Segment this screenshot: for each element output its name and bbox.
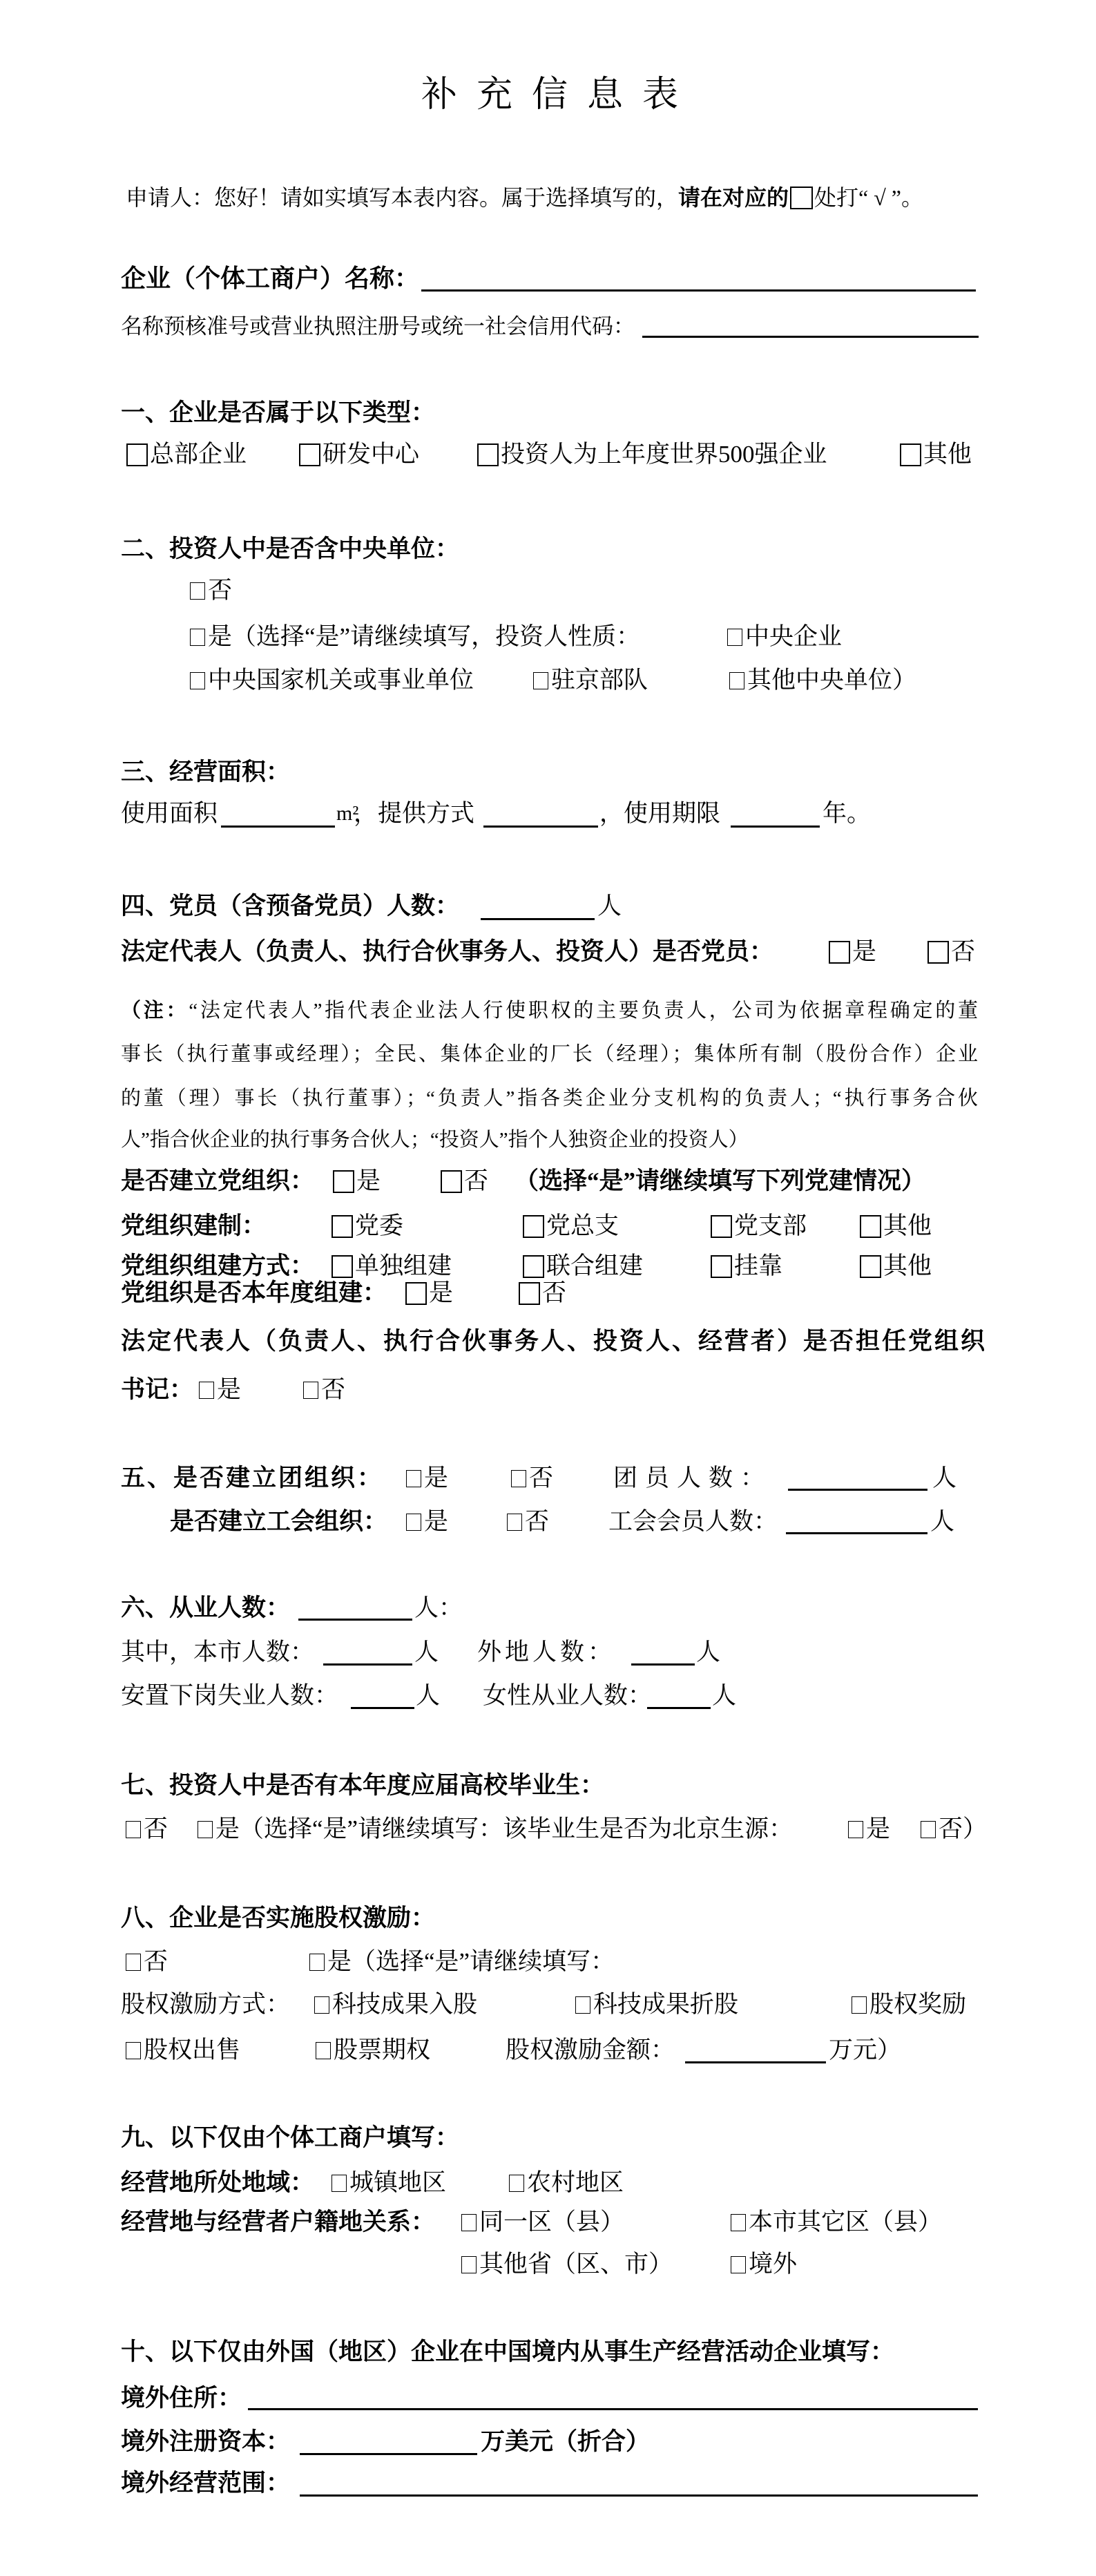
option-central-yes[interactable]: 是（选择“是”请继续填写，投资人性质：	[190, 623, 640, 651]
checkbox-icon[interactable]	[575, 1996, 590, 2014]
checkbox-example-icon	[790, 187, 813, 209]
employee-total-unit: 人：	[414, 1594, 463, 1622]
local-count-input[interactable]	[323, 1638, 412, 1666]
option-label: 是（选择“是”请继续填写，投资人性质：	[208, 623, 640, 651]
option-label: 是	[424, 1464, 448, 1492]
checkbox-icon[interactable]	[829, 941, 850, 964]
checkbox-icon[interactable]	[126, 1954, 141, 1971]
option-label: 股票期权	[334, 2036, 430, 2064]
registration-no-label: 名称预核准号或营业执照注册号或统一社会信用代码：	[121, 314, 635, 339]
option-league-yes[interactable]: 是	[406, 1464, 448, 1492]
option-rd-center[interactable]: 研发中心	[299, 441, 419, 468]
checkbox-icon[interactable]	[507, 1514, 522, 1531]
option-label: 城镇地区	[349, 2169, 446, 2197]
option-graduate-yes[interactable]: 是（选择“是”请继续填写：该毕业生是否为北京生源：	[198, 1815, 793, 1843]
option-label: 是	[852, 938, 876, 966]
checkbox-icon[interactable]	[711, 1255, 732, 1278]
option-label: 中央企业	[745, 623, 842, 651]
area-input[interactable]	[221, 800, 335, 828]
provide-method-label: ，提供方式	[354, 800, 474, 828]
option-label: 是	[866, 1815, 890, 1843]
option-org-method-other[interactable]: 其他	[860, 1252, 932, 1280]
option-label: 党委	[355, 1212, 403, 1240]
checkbox-icon[interactable]	[848, 1821, 863, 1838]
option-equity-incentive-no[interactable]: 否	[126, 1948, 168, 1976]
incentive-amount-input[interactable]	[685, 2036, 826, 2063]
option-rural-area[interactable]: 农村地区	[509, 2169, 624, 2197]
option-label: 境外	[749, 2251, 797, 2278]
option-label: 否）	[939, 1815, 987, 1843]
checkbox-icon[interactable]	[509, 2175, 524, 2192]
option-same-district[interactable]: 同一区（县）	[461, 2208, 624, 2236]
checkbox-icon[interactable]	[921, 1821, 936, 1838]
registration-no-input[interactable]	[642, 310, 979, 338]
option-league-no[interactable]: 否	[511, 1464, 553, 1492]
local-count-unit: 人	[414, 1639, 439, 1666]
option-label: 单独组建	[355, 1252, 452, 1280]
checkbox-icon[interactable]	[331, 1215, 353, 1238]
overseas-address-label: 境外住所：	[121, 2385, 242, 2412]
employee-total-input[interactable]	[298, 1593, 412, 1621]
option-label: 党总支	[546, 1212, 619, 1240]
checkbox-icon[interactable]	[711, 1215, 732, 1238]
option-central-state-agency[interactable]: 中央国家机关或事业单位	[190, 667, 474, 694]
checkbox-icon[interactable]	[126, 1821, 141, 1838]
option-equity-sale[interactable]: 股权出售	[126, 2036, 240, 2064]
checkbox-icon[interactable]	[511, 1470, 526, 1487]
checkbox-icon[interactable]	[731, 2256, 746, 2273]
checkbox-icon[interactable]	[190, 672, 205, 689]
use-term-label: ，使用期限	[599, 800, 720, 828]
checkbox-icon[interactable]	[299, 443, 320, 466]
option-label: 股权出售	[144, 2036, 240, 2064]
use-term-unit: 年。	[823, 800, 871, 828]
checkbox-icon[interactable]	[331, 1255, 353, 1278]
option-label: 驻京部队	[551, 667, 648, 694]
local-count-label: 其中，本市人数：	[121, 1639, 314, 1666]
option-label: 挂靠	[734, 1252, 782, 1280]
checkbox-icon[interactable]	[198, 1821, 213, 1838]
has-party-org-label: 是否建立党组织：	[121, 1167, 314, 1195]
checkbox-icon[interactable]	[727, 629, 742, 646]
option-other-province[interactable]: 其他省（区、市）	[461, 2251, 673, 2278]
checkbox-icon[interactable]	[461, 2214, 477, 2231]
option-label: 其他省（区、市）	[479, 2251, 673, 2278]
section8-heading: 八、企业是否实施股权激励：	[121, 1905, 435, 1932]
overseas-capital-input[interactable]	[300, 2427, 477, 2455]
household-relation-label: 经营地与经营者户籍地关系：	[121, 2208, 435, 2236]
checkbox-icon[interactable]	[461, 2256, 477, 2273]
party-member-count-unit: 人	[597, 893, 622, 920]
option-label: 农村地区	[527, 2169, 624, 2197]
form-page: 补充信息表 申请人：您好！请如实填写本表内容。属于选择填写的， 请在对应的 处打…	[0, 0, 1096, 2576]
option-graduate-no[interactable]: 否	[126, 1815, 168, 1843]
intro-text: 申请人：您好！请如实填写本表内容。属于选择填写的，	[126, 184, 678, 211]
option-label: 中央国家机关或事业单位	[208, 667, 474, 694]
checkbox-icon[interactable]	[519, 1282, 540, 1305]
option-overseas[interactable]: 境外	[731, 2251, 797, 2278]
checkbox-icon[interactable]	[126, 2042, 141, 2059]
checkbox-icon[interactable]	[314, 1996, 329, 2014]
option-secretary-yes[interactable]: 是	[199, 1376, 241, 1404]
party-org-hint: （选择“是”请继续填写下列党建情况）	[515, 1167, 925, 1195]
option-fortune500-investor[interactable]: 投资人为上年度世界500强企业	[477, 441, 827, 468]
option-formed-this-year-no[interactable]: 否	[519, 1279, 566, 1307]
intro-emphasis: 请在对应的	[678, 184, 789, 211]
option-label: 否	[542, 1279, 566, 1307]
section10-heading: 十、以下仅由外国（地区）企业在中国境内从事生产经营活动企业填写：	[121, 2338, 894, 2366]
checkbox-icon[interactable]	[731, 2214, 746, 2231]
option-label: 是（选择“是”请继续填写：	[327, 1948, 615, 1976]
option-label: 研发中心	[323, 441, 419, 468]
option-equity-incentive-yes[interactable]: 是（选择“是”请继续填写：	[309, 1948, 615, 1976]
union-count-unit: 人	[930, 1508, 954, 1536]
company-name-input[interactable]	[421, 264, 976, 292]
checkbox-icon[interactable]	[927, 941, 949, 964]
checkbox-icon[interactable]	[333, 1170, 354, 1193]
option-central-no[interactable]: 否	[190, 577, 232, 604]
union-count-label: 工会会员人数：	[608, 1508, 778, 1536]
option-joint[interactable]: 联合组建	[523, 1252, 643, 1280]
option-label: 党支部	[734, 1212, 807, 1240]
league-org-label: 五、是否建立团组织：	[121, 1464, 383, 1492]
option-union-no[interactable]: 否	[507, 1508, 549, 1536]
checkbox-icon[interactable]	[405, 1282, 427, 1305]
checkbox-icon[interactable]	[190, 629, 205, 646]
option-beijing-origin-no[interactable]: 否）	[921, 1815, 987, 1843]
option-label: 是	[217, 1376, 241, 1404]
option-label: 科技成果入股	[332, 1991, 477, 2019]
option-stock-options[interactable]: 股票期权	[316, 2036, 430, 2064]
rep-is-secretary-label-cont: 书记：	[121, 1376, 193, 1404]
note-line: 事长（执行董事或经理）；全民、集体企业的厂长（经理）；集体所有制（股份合作）企业	[121, 1042, 978, 1067]
section3-heading: 三、经营面积：	[121, 759, 290, 786]
nonlocal-count-unit: 人	[696, 1639, 720, 1666]
option-other-district-same-city[interactable]: 本市其它区（县）	[731, 2208, 942, 2236]
option-formed-this-year-yes[interactable]: 是	[405, 1279, 453, 1307]
option-label: 是	[429, 1279, 453, 1307]
section1-heading: 一、企业是否属于以下类型：	[121, 399, 435, 427]
option-independent[interactable]: 单独组建	[331, 1252, 452, 1280]
option-label: 投资人为上年度世界500强企业	[501, 441, 827, 468]
option-label: 是（选择“是”请继续填写：该毕业生是否为北京生源：	[215, 1815, 793, 1843]
intro-after-box: 处打“ √ ”。	[814, 184, 923, 211]
checkbox-icon[interactable]	[477, 443, 499, 466]
note-line: （注：“法定代表人”指代表企业法人行使职权的主要负责人，公司为依据章程确定的董	[121, 998, 978, 1023]
option-label: 否	[321, 1376, 345, 1404]
reemployed-count-unit: 人	[416, 1682, 440, 1710]
option-label: 否	[525, 1508, 549, 1536]
note-line: 的董（理）事长（执行董事）；“负责人”指各类企业分支机构的负责人；“执行事务合伙	[121, 1086, 978, 1111]
option-party-org-yes[interactable]: 是	[333, 1167, 381, 1195]
org-system-label: 党组织建制：	[121, 1212, 266, 1240]
section4-heading: 四、党员（含预备党员）人数：	[121, 893, 459, 920]
option-label: 否	[208, 577, 232, 604]
option-general-branch[interactable]: 党总支	[523, 1212, 619, 1240]
option-label: 股权奖励	[869, 1991, 966, 2019]
note-label: （注：	[121, 1000, 189, 1022]
nonlocal-count-label: 外地人数：	[477, 1639, 615, 1666]
checkbox-icon[interactable]	[126, 443, 148, 466]
option-union-yes[interactable]: 是	[406, 1508, 448, 1536]
checkbox-icon[interactable]	[860, 1255, 881, 1278]
female-count-input[interactable]	[647, 1681, 711, 1709]
overseas-capital-unit: 万美元（折合）	[481, 2428, 650, 2456]
overseas-capital-label: 境外注册资本：	[121, 2428, 290, 2456]
union-org-label: 是否建立工会组织：	[170, 1508, 387, 1536]
org-method-label: 党组织组建方式：	[121, 1252, 314, 1280]
checkbox-icon[interactable]	[860, 1215, 881, 1238]
overseas-scope-label: 境外经营范围：	[121, 2470, 290, 2497]
rep-is-secretary-label: 法定代表人（负责人、执行合伙事务人、投资人、经营者）是否担任党组织	[121, 1328, 987, 1355]
checkbox-icon[interactable]	[900, 443, 921, 466]
provide-method-input[interactable]	[483, 800, 598, 828]
option-label: 其他	[883, 1212, 932, 1240]
option-party-branch[interactable]: 党支部	[711, 1212, 807, 1240]
option-tech-shares[interactable]: 科技成果入股	[314, 1991, 477, 2019]
note-line: 人”指合伙企业的执行事务合伙人；“投资人”指个人独资企业的投资人）	[121, 1127, 978, 1152]
option-label: 其他中央单位）	[747, 667, 916, 694]
company-name-label: 企业（个体工商户）名称：	[121, 264, 419, 293]
section6-heading: 六、从业人数：	[121, 1594, 290, 1622]
option-label: 同一区（县）	[479, 2208, 624, 2236]
use-term-input[interactable]	[731, 800, 820, 828]
option-central-enterprise[interactable]: 中央企业	[727, 623, 842, 651]
option-other-type[interactable]: 其他	[900, 441, 972, 468]
option-label: 否	[529, 1464, 553, 1492]
option-affiliated[interactable]: 挂靠	[711, 1252, 782, 1280]
option-org-system-other[interactable]: 其他	[860, 1212, 932, 1240]
option-label: 其他	[883, 1252, 932, 1280]
overseas-scope-input[interactable]	[300, 2469, 978, 2497]
checkbox-icon[interactable]	[331, 2175, 347, 2192]
union-count-input[interactable]	[786, 1507, 927, 1534]
option-label: 否	[951, 938, 975, 966]
page-title: 补充信息表	[421, 73, 698, 117]
option-beijing-origin-yes[interactable]: 是	[848, 1815, 890, 1843]
option-headquarters[interactable]: 总部企业	[126, 441, 247, 468]
checkbox-icon[interactable]	[852, 1996, 867, 2014]
option-label: 是	[356, 1167, 381, 1195]
checkbox-icon[interactable]	[309, 1954, 325, 1971]
option-rep-member-yes[interactable]: 是	[829, 938, 876, 966]
section9-heading: 九、以下仅由个体工商户填写：	[121, 2124, 459, 2152]
incentive-amount-label: 股权激励金额：	[506, 2036, 675, 2064]
option-urban-area[interactable]: 城镇地区	[331, 2169, 446, 2197]
party-member-count-input[interactable]	[481, 893, 595, 920]
option-label: 本市其它区（县）	[749, 2208, 942, 2236]
option-party-committee[interactable]: 党委	[331, 1212, 403, 1240]
option-label: 否	[464, 1167, 488, 1195]
option-label: 科技成果折股	[593, 1991, 738, 2019]
option-tech-conversion[interactable]: 科技成果折股	[575, 1991, 738, 2019]
checkbox-icon[interactable]	[199, 1382, 214, 1399]
option-label: 否	[144, 1948, 168, 1976]
checkbox-icon[interactable]	[316, 2042, 331, 2059]
checkbox-icon[interactable]	[441, 1170, 462, 1193]
league-count-unit: 人	[932, 1464, 956, 1492]
option-rep-member-no[interactable]: 否	[927, 938, 975, 966]
option-equity-reward[interactable]: 股权奖励	[852, 1991, 966, 2019]
region-label: 经营地所处地域：	[121, 2169, 314, 2197]
option-label: 总部企业	[150, 441, 247, 468]
league-count-label: 团员人数：	[613, 1464, 772, 1492]
checkbox-icon[interactable]	[533, 672, 548, 689]
nonlocal-count-input[interactable]	[631, 1638, 695, 1666]
intro-instructions: 申请人：您好！请如实填写本表内容。属于选择填写的， 请在对应的 处打“ √ ”。	[126, 184, 923, 211]
option-secretary-no[interactable]: 否	[303, 1376, 345, 1404]
checkbox-icon[interactable]	[406, 1470, 421, 1487]
league-count-input[interactable]	[788, 1463, 927, 1491]
incentive-method-label: 股权激励方式：	[121, 1991, 290, 2019]
option-label: 否	[144, 1815, 168, 1843]
option-label: 是	[424, 1508, 448, 1536]
checkbox-icon[interactable]	[303, 1382, 318, 1399]
female-count-label: 女性从业人数：	[483, 1682, 652, 1710]
checkbox-icon[interactable]	[523, 1255, 544, 1278]
option-party-org-no[interactable]: 否	[441, 1167, 488, 1195]
overseas-address-input[interactable]	[248, 2383, 978, 2410]
checkbox-icon[interactable]	[190, 582, 205, 600]
option-other-central-unit[interactable]: 其他中央单位）	[729, 667, 916, 694]
reemployed-count-input[interactable]	[351, 1681, 414, 1709]
formed-this-year-label: 党组织是否本年度组建：	[121, 1279, 387, 1307]
checkbox-icon[interactable]	[729, 672, 744, 689]
checkbox-icon[interactable]	[406, 1514, 421, 1531]
note-text: “法定代表人”指代表企业法人行使职权的主要负责人，公司为依据章程确定的董	[189, 1000, 978, 1022]
option-label: 其他	[923, 441, 972, 468]
reemployed-count-label: 安置下岗失业人数：	[121, 1682, 338, 1710]
rep-is-member-label: 法定代表人（负责人、执行合伙事务人、投资人）是否党员：	[121, 938, 773, 966]
checkbox-icon[interactable]	[523, 1215, 544, 1238]
section2-heading: 二、投资人中是否含中央单位：	[121, 535, 459, 563]
option-label: 联合组建	[546, 1252, 643, 1280]
option-beijing-troops[interactable]: 驻京部队	[533, 667, 648, 694]
section7-heading: 七、投资人中是否有本年度应届高校毕业生：	[121, 1772, 604, 1800]
area-label: 使用面积	[121, 800, 218, 828]
incentive-amount-unit: 万元）	[829, 2036, 901, 2064]
female-count-unit: 人	[712, 1682, 736, 1710]
